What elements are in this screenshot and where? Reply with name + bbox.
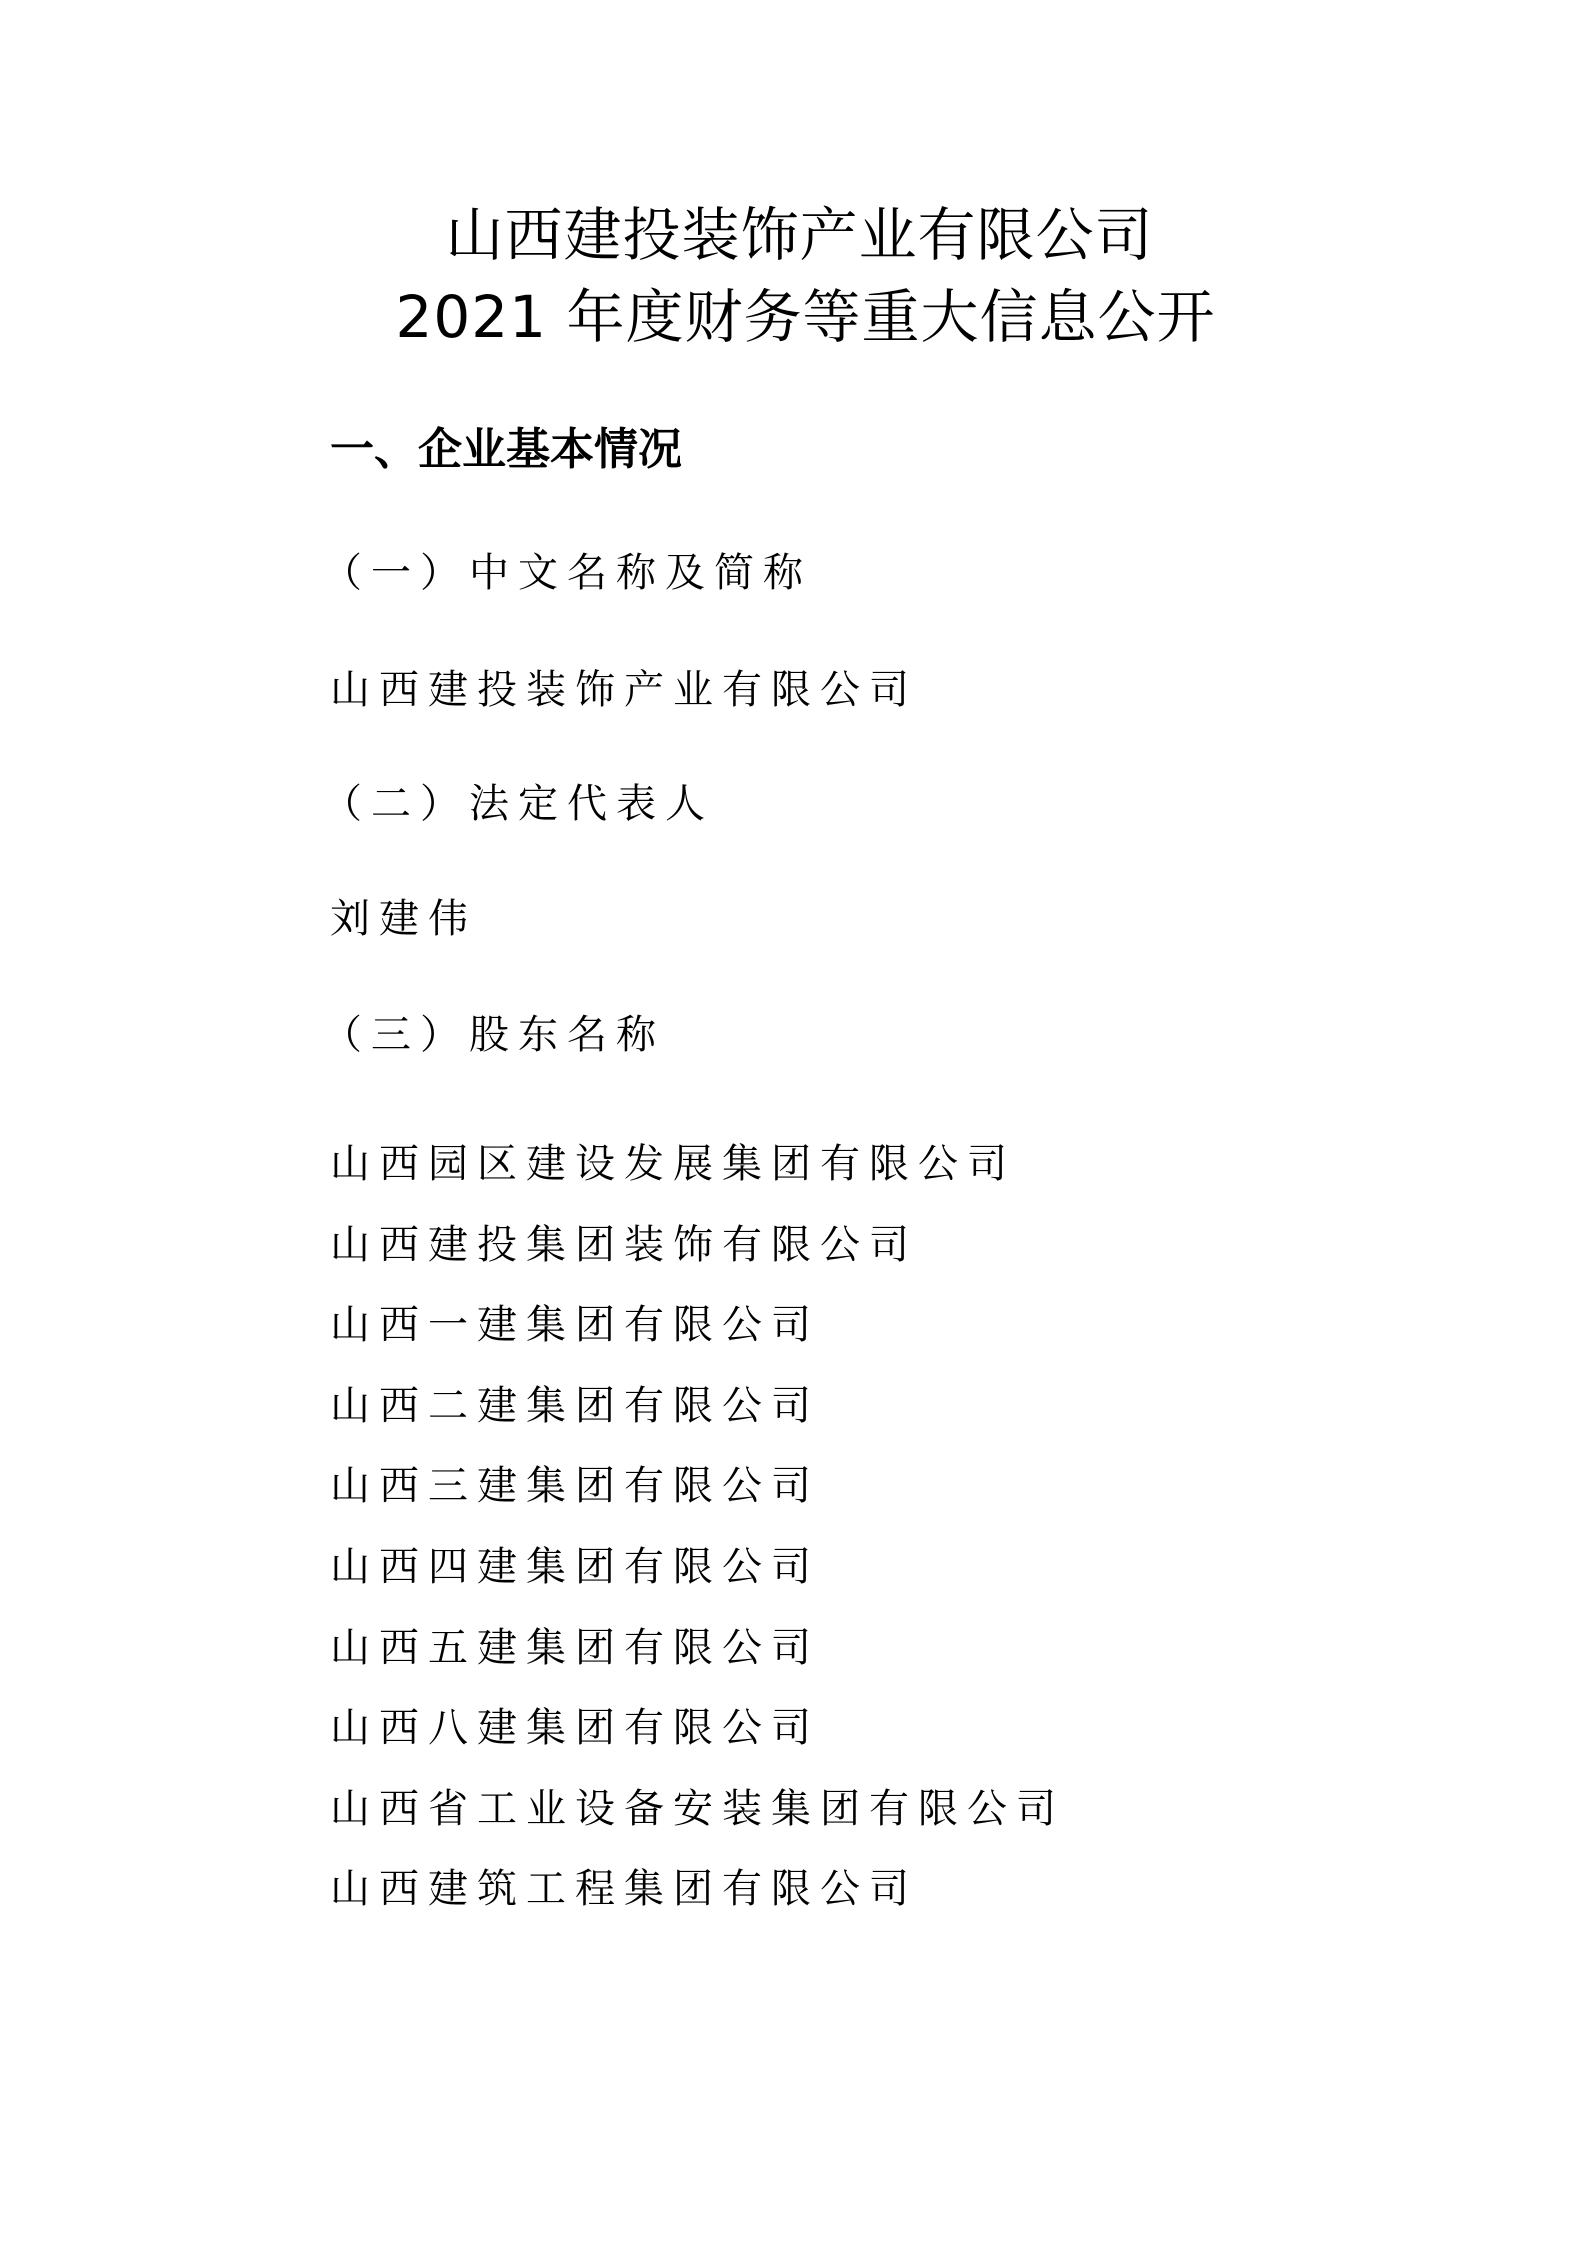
shareholder-item: 山西省工业设备安装集团有限公司 xyxy=(330,1769,1065,1850)
company-name-text: 山西建投装饰产业有限公司 xyxy=(330,662,918,718)
section-heading-basic-info: 一、企业基本情况 xyxy=(330,420,682,480)
document-title-line2: 2021 年度财务等重大信息公开 xyxy=(12,282,1587,352)
subsection-heading-name: （一）中文名称及简称 xyxy=(322,545,812,601)
shareholder-item: 山西四建集团有限公司 xyxy=(330,1527,1065,1608)
shareholder-item: 山西园区建设发展集团有限公司 xyxy=(330,1124,1065,1205)
subsection-heading-shareholders: （三）股东名称 xyxy=(322,1007,665,1063)
shareholder-item: 山西建投集团装饰有限公司 xyxy=(330,1205,1065,1286)
shareholder-item: 山西五建集团有限公司 xyxy=(330,1608,1065,1689)
document-page: 山西建投装饰产业有限公司 2021 年度财务等重大信息公开 一、企业基本情况 （… xyxy=(0,0,1587,2245)
shareholder-item: 山西一建集团有限公司 xyxy=(330,1285,1065,1366)
shareholder-item: 山西二建集团有限公司 xyxy=(330,1366,1065,1447)
shareholder-item: 山西三建集团有限公司 xyxy=(330,1446,1065,1527)
subsection-heading-legal-rep: （二）法定代表人 xyxy=(322,776,714,832)
shareholder-list: 山西园区建设发展集团有限公司 山西建投集团装饰有限公司 山西一建集团有限公司 山… xyxy=(330,1124,1065,1930)
shareholder-item: 山西八建集团有限公司 xyxy=(330,1688,1065,1769)
shareholder-item: 山西建筑工程集团有限公司 xyxy=(330,1849,1065,1930)
document-title-line1: 山西建投装饰产业有限公司 xyxy=(6,200,1587,270)
legal-representative-text: 刘建伟 xyxy=(330,891,477,947)
